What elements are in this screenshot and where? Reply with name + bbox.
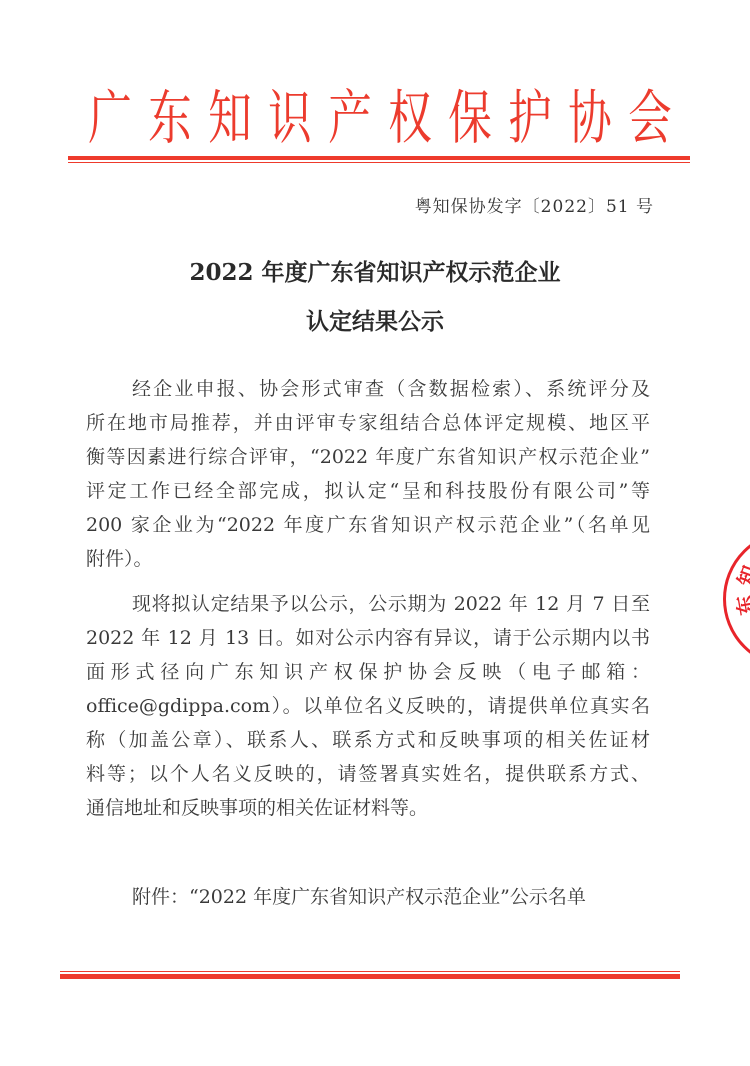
letterhead-char: 产 [327,82,374,156]
body-line: 200 家企业为“2022 年度广东省知识产权示范企业”（名单见 [86,513,650,537]
document-title-line2: 认定结果公示 [0,303,750,336]
header-rule-thin [68,162,690,163]
official-seal-stamp: 广 知 东 [723,530,750,668]
body-line: 2022 年 12 月 13 日。如对公示内容有异议，请于公示期内以书 [86,626,650,650]
body-line: 经企业申报、协会形式审查（含数据检索）、系统评分及 [132,377,650,401]
seal-char: 知 [729,561,750,590]
letterhead-char: 会 [627,82,674,156]
body-line: 衡等因素进行综合评审，“2022 年度广东省知识产权示范企业” [86,445,650,469]
body-line: 面形式径向广东知识产权保护协会反映（电子邮箱： [86,660,650,684]
body-line: 通信地址和反映事项的相关佐证材料等。 [86,796,650,820]
body-line: 附件）。 [86,547,650,571]
body-line: 评定工作已经全部完成，拟认定“呈和科技股份有限公司”等 [86,479,650,503]
letterhead-char: 权 [387,82,434,156]
letterhead-char: 协 [567,82,614,156]
document-number: 粤知保协发字〔2022〕51 号 [415,192,654,217]
org-letterhead: 广 东 知 识 产 权 保 护 协 会 [80,84,680,154]
body-line-email: office@gdippa.com）。以单位名义反映的，请提供单位真实名 [86,694,650,718]
body-line: 现将拟认定结果予以公示，公示期为 2022 年 12 月 7 日至 [132,592,650,616]
letterhead-char: 东 [147,82,194,156]
letterhead-char: 识 [267,82,314,156]
header-rule-thick [68,156,690,160]
seal-char: 东 [728,593,750,618]
seal-char: 广 [746,532,750,567]
body-line: 所在地市局推荐，并由评审专家组结合总体评定规模、地区平 [86,411,650,435]
letterhead-char: 保 [447,82,494,156]
letterhead-char: 知 [207,82,254,156]
document-title-line1: 2022 年度广东省知识产权示范企业 [0,254,750,287]
footer-rule-thick [60,974,680,979]
footer-rule-thin [60,971,680,972]
attachment-note: 附件：“2022 年度广东省知识产权示范企业”公示名单 [132,882,586,909]
body-line: 称（加盖公章）、联系人、联系方式和反映事项的相关佐证材 [86,728,650,752]
letterhead-char: 护 [507,82,554,156]
body-line: 料等；以个人名义反映的，请签署真实姓名，提供联系方式、 [86,762,650,786]
letterhead-char: 广 [87,82,134,156]
